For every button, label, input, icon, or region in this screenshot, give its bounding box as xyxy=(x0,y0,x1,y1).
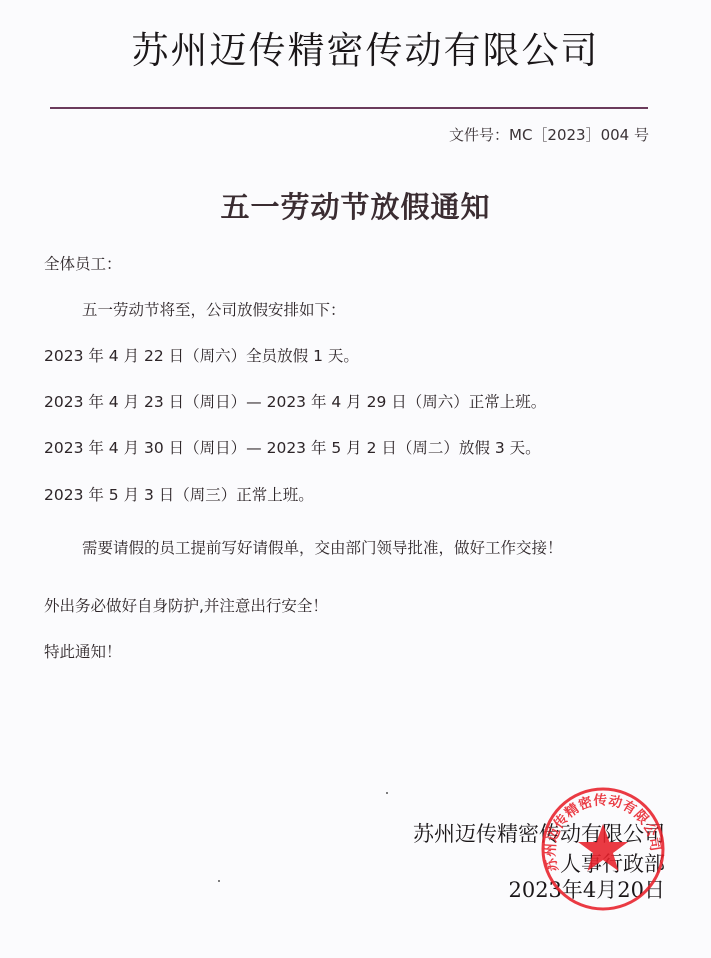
safety-note: 外出务必做好自身防护,并注意出行安全！ xyxy=(44,594,328,616)
schedule-item: 2023 年 4 月 23 日（周日）— 2023 年 4 月 29 日（周六）… xyxy=(44,390,546,412)
document-number: 文件号：MC［2023］004 号 xyxy=(449,124,649,145)
salutation: 全体员工： xyxy=(44,252,122,274)
scan-speck xyxy=(218,880,220,882)
company-seal: 苏州迈传精密传动有限公司 xyxy=(540,786,666,912)
closing-remark: 特此通知！ xyxy=(44,640,122,662)
intro-paragraph: 五一劳动节将至，公司放假安排如下： xyxy=(82,298,346,320)
schedule-item: 2023 年 5 月 3 日（周三）正常上班。 xyxy=(44,483,314,505)
scan-speck xyxy=(386,792,388,794)
star-icon xyxy=(578,824,628,871)
schedule-item: 2023 年 4 月 22 日（周六）全员放假 1 天。 xyxy=(44,344,359,366)
seal-icon: 苏州迈传精密传动有限公司 xyxy=(540,786,666,912)
company-name: 苏州迈传精密传动有限公司 xyxy=(132,20,600,74)
leave-note: 需要请假的员工提前写好请假单，交由部门领导批准，做好工作交接！ xyxy=(82,536,563,558)
notice-title: 五一劳动节放假通知 xyxy=(0,185,711,226)
company-letterhead: 苏州迈传精密传动有限公司 xyxy=(0,20,711,74)
schedule-item: 2023 年 4 月 30 日（周日）— 2023 年 5 月 2 日（周二）放… xyxy=(44,436,541,458)
letterhead-divider xyxy=(50,107,648,109)
